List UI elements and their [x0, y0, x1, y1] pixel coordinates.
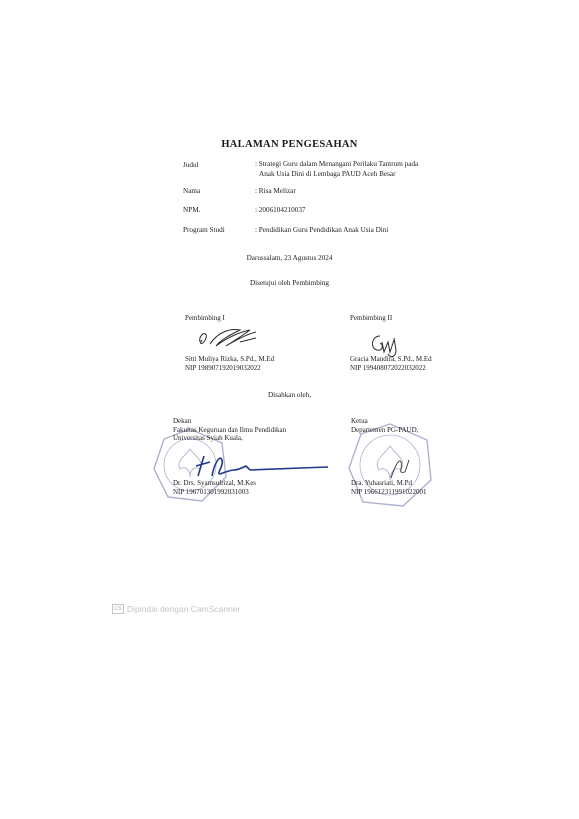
official-2-unit-line-1: Departemen PG-PAUD,	[351, 426, 418, 435]
official-2-name: Dra. Yuhasriati, M.Pd	[351, 479, 427, 488]
camscanner-icon: CS	[112, 604, 124, 614]
official-2-info: Dra. Yuhasriati, M.Pd NIP 19661231199102…	[351, 479, 427, 496]
supervisor-2-role: Pembimbing II	[350, 314, 392, 323]
official-1-name: Dr. Drs. Syamsulrizal, M.Kes	[173, 479, 256, 488]
place-date: Darussalam, 23 Agustus 2024	[0, 254, 579, 262]
official-1-role: Dekan	[173, 417, 286, 426]
supervisor-1-role: Pembimbing I	[185, 314, 225, 323]
supervisor-2-name: Gracia Mandira, S.Pd., M.Ed	[350, 355, 432, 364]
approved-by-heading: Disetujui oleh Pembimbing	[0, 279, 579, 287]
field-label-judul: Judul	[183, 161, 199, 169]
official-2-nip: NIP 196612311991022001	[351, 488, 427, 497]
supervisor-1-info: Sitti Muliya Rizka, S.Pd., M.Ed NIP 1989…	[185, 355, 274, 372]
judul-line-1: : Strategi Guru dalam Menangani Perilaku…	[255, 160, 475, 170]
camscanner-watermark: CS Dipindai dengan CamScanner	[112, 604, 240, 614]
official-1-signature-icon	[190, 452, 330, 480]
official-1-unit-line-2: Universitas Syiah Kuala,	[173, 434, 286, 443]
official-1-block: Dekan Fakultas Keguruan dan Ilmu Pendidi…	[173, 417, 286, 443]
page-title: HALAMAN PENGESAHAN	[0, 139, 579, 150]
supervisor-2-nip: NIP 199408072022032022	[350, 364, 432, 373]
field-label-npm: NPM.	[183, 206, 200, 214]
supervisor-2-info: Gracia Mandira, S.Pd., M.Ed NIP 19940807…	[350, 355, 432, 372]
field-value-nama: : Risa Melizar	[255, 187, 475, 197]
supervisor-1-signature-icon	[196, 324, 266, 352]
field-label-program-studi: Program Studi	[183, 226, 225, 234]
official-2-block: Ketua Departemen PG-PAUD,	[351, 417, 418, 434]
official-1-info: Dr. Drs. Syamsulrizal, M.Kes NIP 1967013…	[173, 479, 256, 496]
supervisor-1-nip: NIP 198907192019032022	[185, 364, 274, 373]
field-value-npm: : 2006104210037	[255, 206, 475, 216]
supervisor-1-name: Sitti Muliya Rizka, S.Pd., M.Ed	[185, 355, 274, 364]
official-2-signature-icon	[385, 452, 415, 482]
official-1-unit-line-1: Fakultas Keguruan dan Ilmu Pendidikan	[173, 426, 286, 435]
watermark-text: Dipindai dengan CamScanner	[127, 604, 240, 614]
field-label-nama: Nama	[183, 187, 200, 195]
field-value-program-studi: : Pendidikan Guru Pendidikan Anak Usia D…	[255, 226, 475, 236]
field-value-judul: : Strategi Guru dalam Menangani Perilaku…	[255, 160, 475, 179]
judul-line-2: Anak Usia Dini di Lembaga PAUD Aceh Besa…	[255, 170, 475, 180]
official-2-role: Ketua	[351, 417, 418, 426]
official-1-nip: NIP 196701301992031003	[173, 488, 256, 497]
ratified-by-heading: Disahkan oleh,	[0, 391, 579, 399]
